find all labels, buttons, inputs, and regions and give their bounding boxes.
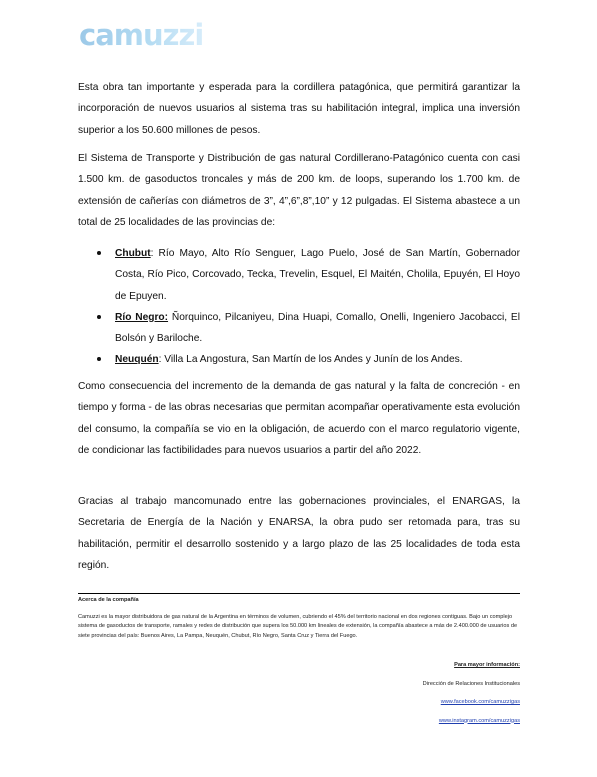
footer-divider xyxy=(78,593,520,594)
instagram-link[interactable]: www.instagram.com/camuzzigas xyxy=(439,718,520,724)
bullet-icon xyxy=(97,357,101,361)
paragraph-text: El Sistema de Transporte y Distribución … xyxy=(78,148,520,233)
document-page: camuzzi Esta obra tan importante y esper… xyxy=(0,0,597,777)
paragraph-demand: Como consecuencia del incremento de la d… xyxy=(78,376,520,461)
facebook-link[interactable]: www.facebook.com/camuzzigas xyxy=(441,699,520,705)
about-text: Camuzzi es la mayor distribuidora de gas… xyxy=(78,613,523,641)
province-name: Neuquén xyxy=(115,354,159,365)
paragraph-investment: Esta obra tan importante y esperada para… xyxy=(78,77,520,141)
province-name: Chubut xyxy=(115,248,151,259)
camuzzi-logo: camuzzi xyxy=(79,21,203,50)
about-title: Acerca de la compañía xyxy=(78,597,139,603)
paragraph-system: El Sistema de Transporte y Distribución … xyxy=(78,148,520,233)
provinces-list: Chubut: Río Mayo, Alto Río Senguer, Lago… xyxy=(95,243,520,371)
province-localities: Ñorquinco, Pilcaniyeu, Dina Huapi, Comal… xyxy=(115,312,520,344)
bullet-icon xyxy=(97,315,101,319)
list-item-rio-negro: Río Negro: Ñorquinco, Pilcaniyeu, Dina H… xyxy=(95,307,520,350)
bullet-icon xyxy=(97,251,101,255)
paragraph-text: Como consecuencia del incremento de la d… xyxy=(78,376,520,461)
list-item-chubut: Chubut: Río Mayo, Alto Río Senguer, Lago… xyxy=(95,243,520,307)
province-localities: Río Mayo, Alto Río Senguer, Lago Puelo, … xyxy=(115,248,520,302)
paragraph-text: Esta obra tan importante y esperada para… xyxy=(78,77,520,141)
contact-info: Para mayor información: Dirección de Rel… xyxy=(423,660,520,734)
paragraph-text: Gracias al trabajo mancomunado entre las… xyxy=(78,491,520,576)
department-name: Dirección de Relaciones Institucionales xyxy=(423,681,520,687)
province-localities: Villa La Angostura, San Martín de los An… xyxy=(161,354,462,365)
info-title: Para mayor información: xyxy=(454,662,520,668)
list-item-neuquen: Neuquén: Villa La Angostura, San Martín … xyxy=(95,349,520,370)
paragraph-cooperation: Gracias al trabajo mancomunado entre las… xyxy=(78,491,520,576)
province-name: Río Negro: xyxy=(115,312,168,323)
